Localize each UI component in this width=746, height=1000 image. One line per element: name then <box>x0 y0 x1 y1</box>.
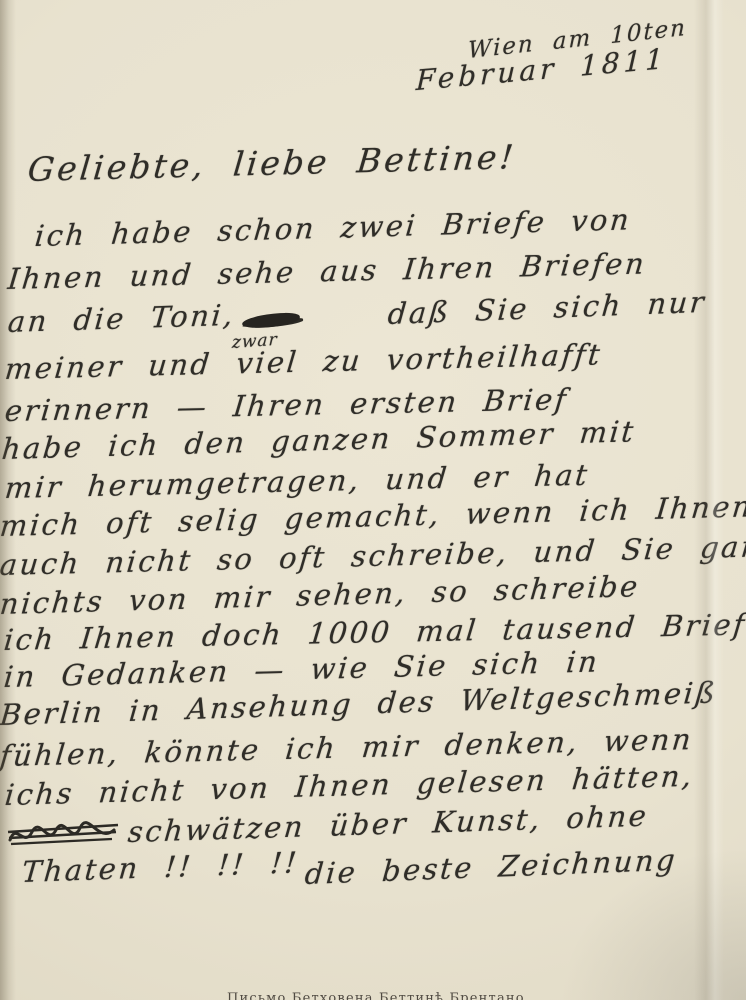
letter-line-17b: die beste Zeichnung <box>304 843 679 891</box>
letter-line-1: ich habe schon zwei Briefe von <box>33 202 632 253</box>
letter-line-3b: daß Sie sich nur <box>387 285 708 331</box>
manuscript-page: Wien am 10ten Februar 1811 Geliebte, lie… <box>0 0 746 1000</box>
plate-caption: Письмо Бетховена Беттинѣ Брентано. <box>227 991 530 1000</box>
salutation: Geliebte, liebe Bettine! <box>26 137 518 189</box>
ink-blot <box>241 311 300 330</box>
letter-line-4: meiner und viel zu vortheilhafft <box>3 337 603 386</box>
letter-line-3a: an die Toni, <box>6 298 236 339</box>
letter-line-2: Ihnen und sehe aus Ihren Briefen <box>6 246 648 296</box>
crossed-out-word-scribble <box>6 812 124 854</box>
